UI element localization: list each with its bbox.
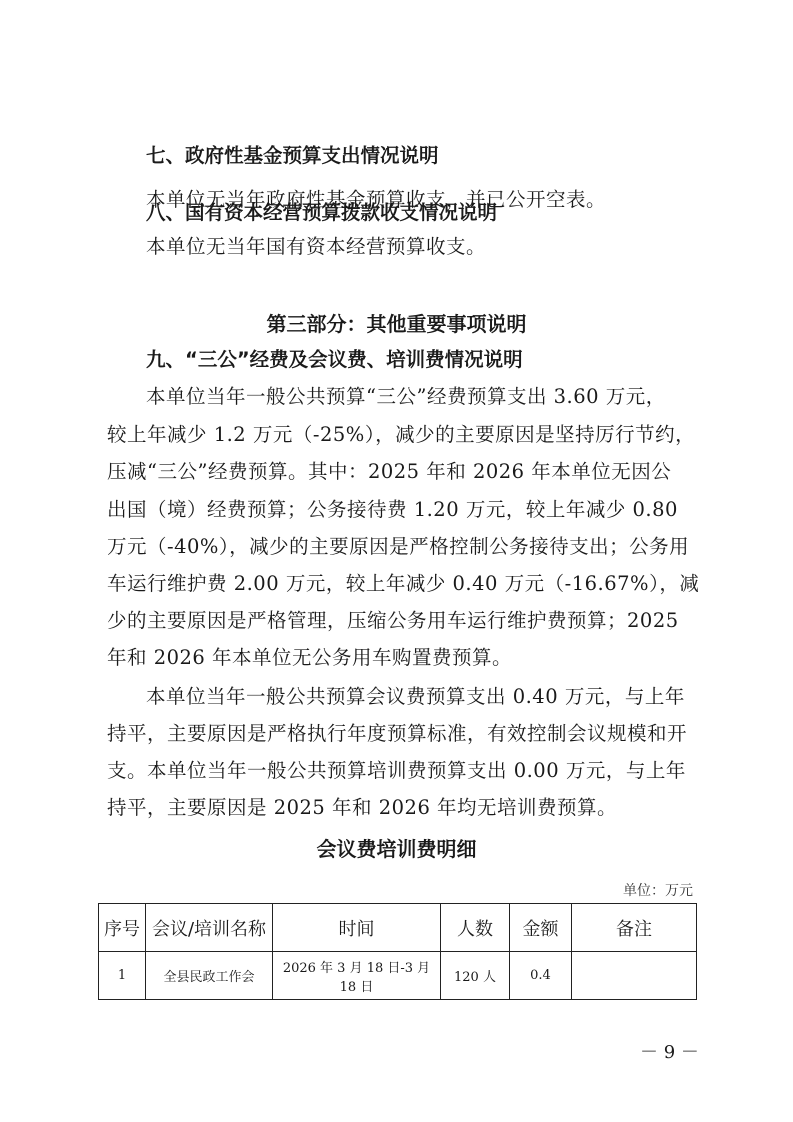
table-header-row: 序号 会议/培训名称 时间 人数 金额 备注 bbox=[99, 904, 697, 952]
section9-para1-line2: 较上年减少 1.2 万元（-25%），减少的主要原因是坚持厉行节约， bbox=[107, 423, 695, 447]
header-name: 会议/培训名称 bbox=[146, 904, 273, 952]
section9-para2-line3: 支。本单位当年一般公共预算培训费预算支出 0.00 万元，与上年 bbox=[107, 759, 686, 783]
cell-seq: 1 bbox=[99, 952, 146, 1000]
cell-amount: 0.4 bbox=[510, 952, 572, 1000]
section9-para1-line5: 万元（-40%），减少的主要原因是严格控制公务接待支出；公务用 bbox=[107, 535, 689, 559]
table-title: 会议费培训费明细 bbox=[0, 837, 793, 861]
cell-time: 2026 年 3 月 18 日-3 月 18 日 bbox=[273, 952, 441, 1000]
section7-heading: 七、政府性基金预算支出情况说明 bbox=[146, 144, 439, 168]
section9-para1-line6: 车运行维护费 2.00 万元，较上年减少 0.40 万元（-16.67%），减 bbox=[107, 572, 699, 596]
table-row: 1 全县民政工作会 2026 年 3 月 18 日-3 月 18 日 120 人… bbox=[99, 952, 697, 1000]
section9-para2-line2: 持平，主要原因是严格执行年度预算标准，有效控制会议规模和开 bbox=[107, 722, 687, 746]
section9-para1-line1: 本单位当年一般公共预算“三公”经费预算支出 3.60 万元， bbox=[146, 385, 666, 409]
part3-title: 第三部分：其他重要事项说明 bbox=[0, 312, 793, 336]
header-seq: 序号 bbox=[99, 904, 146, 952]
page-number: － 9 － bbox=[640, 1038, 699, 1064]
header-amount: 金额 bbox=[510, 904, 572, 952]
header-remarks: 备注 bbox=[572, 904, 697, 952]
section9-para1-line3: 压减“三公”经费预算。其中：2025 年和 2026 年本单位无因公 bbox=[107, 460, 671, 484]
section9-para1-line4: 出国（境）经费预算；公务接待费 1.20 万元，较上年减少 0.80 bbox=[107, 498, 678, 522]
section9-para2-line1: 本单位当年一般公共预算会议费预算支出 0.40 万元，与上年 bbox=[146, 685, 685, 709]
section8-body: 本单位无当年国有资本经营预算收支。 bbox=[146, 235, 486, 259]
section9-para1-line7: 少的主要原因是严格管理，压缩公务用车运行维护费预算；2025 bbox=[107, 609, 679, 633]
header-time: 时间 bbox=[273, 904, 441, 952]
section9-heading: 九、“三公”经费及会议费、培训费情况说明 bbox=[146, 348, 523, 372]
section9-para2-line4: 持平，主要原因是 2025 年和 2026 年均无培训费预算。 bbox=[107, 796, 617, 820]
section9-para1-line8: 年和 2026 年本单位无公务用车购置费预算。 bbox=[107, 646, 512, 670]
cell-count: 120 人 bbox=[441, 952, 510, 1000]
section8-heading: 八、国有资本经营预算拨款收支情况说明 bbox=[146, 201, 497, 225]
table-unit: 单位：万元 bbox=[623, 880, 693, 900]
cell-name: 全县民政工作会 bbox=[146, 952, 273, 1000]
meeting-training-table: 序号 会议/培训名称 时间 人数 金额 备注 1 全县民政工作会 2026 年 … bbox=[98, 903, 697, 1000]
cell-remarks bbox=[572, 952, 697, 1000]
header-count: 人数 bbox=[441, 904, 510, 952]
